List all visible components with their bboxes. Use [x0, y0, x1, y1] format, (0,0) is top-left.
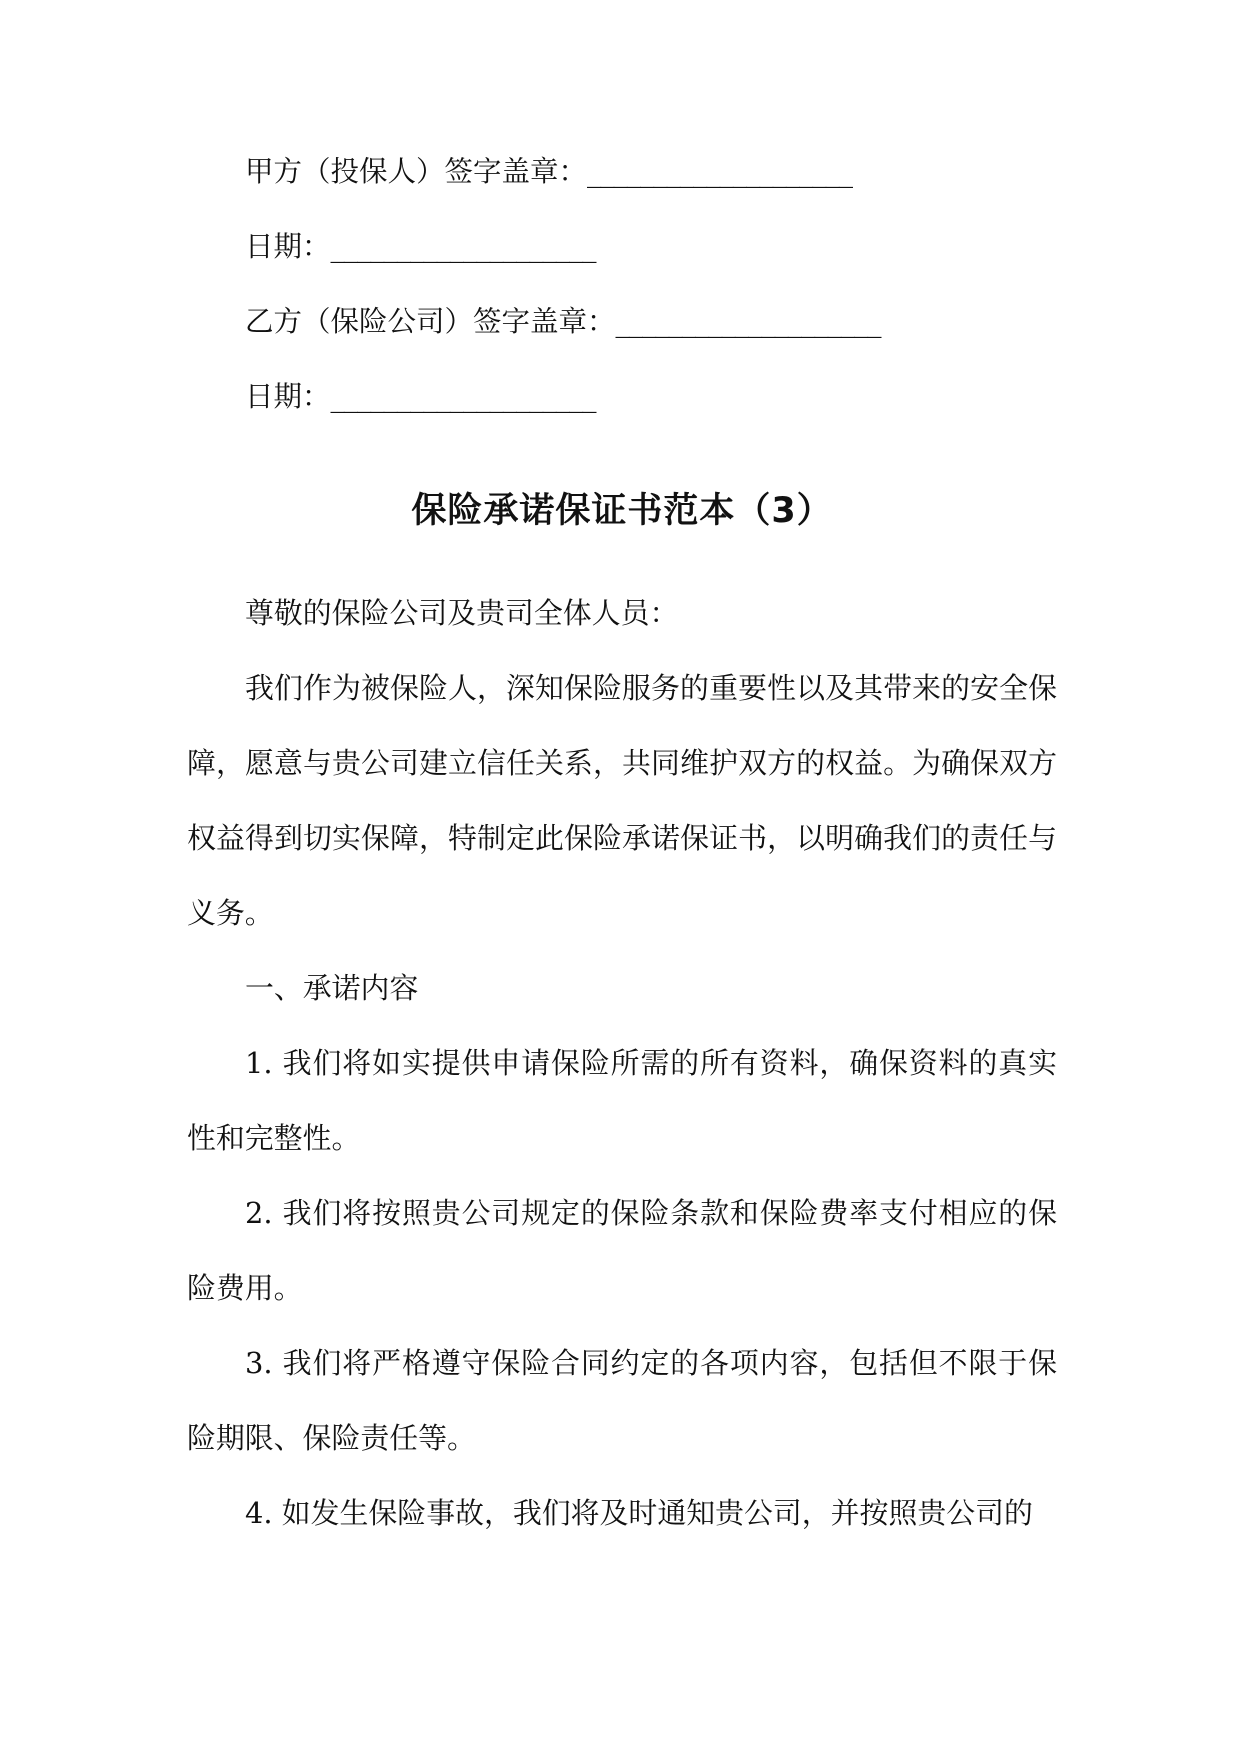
document-title: 保险承诺保证书范本（3）	[187, 487, 1057, 535]
party-a-signature-line: 甲方（投保人）签字盖章：____________________	[245, 152, 852, 192]
party-a-date-label: 日期：	[245, 230, 331, 263]
intro-paragraph: 我们作为被保险人，深知保险服务的重要性以及其带来的安全保障，愿意与贵公司建立信任…	[187, 651, 1057, 951]
commitment-item-3: 3. 我们将严格遵守保险合同约定的各项内容，包括但不限于保险期限、保险责任等。	[187, 1326, 1057, 1476]
commitment-item-4: 4. 如发生保险事故，我们将及时通知贵公司，并按照贵公司的	[187, 1476, 1057, 1551]
party-a-signature-blank: ____________________	[587, 155, 852, 188]
party-a-date-line: 日期：____________________	[245, 227, 596, 267]
party-a-date-blank: ____________________	[331, 230, 596, 263]
party-a-signature-label: 甲方（投保人）签字盖章：	[245, 155, 587, 188]
party-b-signature-label: 乙方（保险公司）签字盖章：	[245, 305, 616, 338]
party-b-date-line: 日期：____________________	[245, 377, 596, 417]
party-b-date-blank: ____________________	[331, 380, 596, 413]
commitment-item-2: 2. 我们将按照贵公司规定的保险条款和保险费率支付相应的保险费用。	[187, 1176, 1057, 1326]
party-b-date-label: 日期：	[245, 380, 331, 413]
section-heading-commitments: 一、承诺内容	[187, 951, 1057, 1026]
party-b-signature-blank: ____________________	[616, 305, 881, 338]
party-b-signature-line: 乙方（保险公司）签字盖章：____________________	[245, 302, 881, 342]
commitment-item-1: 1. 我们将如实提供申请保险所需的所有资料，确保资料的真实性和完整性。	[187, 1026, 1057, 1176]
salutation: 尊敬的保险公司及贵司全体人员：	[187, 576, 1057, 651]
